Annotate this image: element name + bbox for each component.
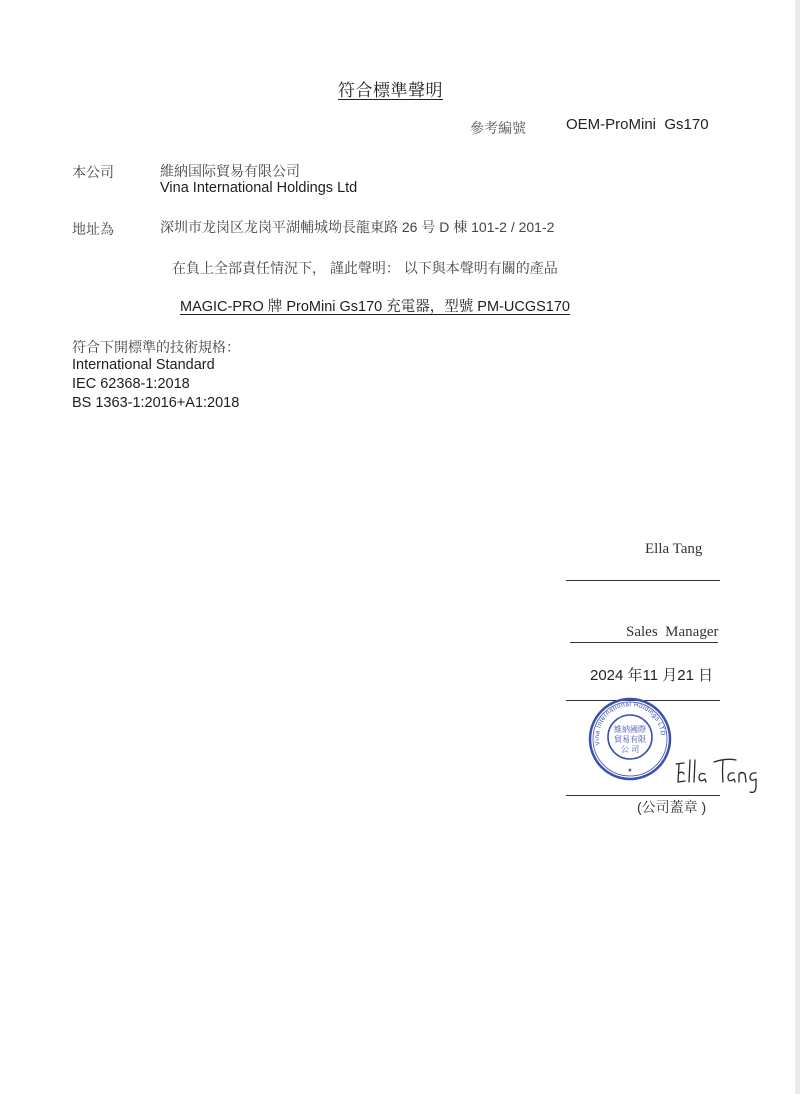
- svg-text:★: ★: [627, 767, 632, 774]
- standard-item: IEC 62368-1:2018: [72, 376, 190, 392]
- company-name-en: Vina International Holdings Ltd: [160, 180, 357, 196]
- signature-line: [566, 580, 720, 581]
- signature-date: 2024 年11 月21 日: [590, 664, 713, 685]
- document-title: 符合標準聲明: [338, 76, 443, 101]
- standard-item: BS 1363-1:2016+A1:2018: [72, 395, 239, 411]
- reference-label: 參考編號: [470, 118, 526, 138]
- svg-text:公 司: 公 司: [621, 745, 640, 754]
- handwritten-signature-icon: [670, 752, 766, 798]
- declaration-text: 在負上全部責任情況下， 謹此聲明： 以下與本聲明有關的產品: [172, 258, 558, 278]
- page-edge: [795, 0, 800, 1094]
- signatory-title: Sales Manager: [570, 624, 718, 643]
- svg-text:維納國際: 維納國際: [614, 724, 646, 734]
- standards-intro: 符合下開標準的技術規格：: [72, 337, 240, 357]
- address-label: 地址為: [72, 219, 114, 239]
- product-line: MAGIC-PRO 牌 ProMini Gs170 充電器，型號 PM-UCGS…: [180, 295, 570, 316]
- company-name-cn: 維納国际貿易有限公司: [160, 161, 300, 181]
- company-label: 本公司: [72, 162, 114, 182]
- signatory-name: Ella Tang: [645, 541, 702, 558]
- standard-item: International Standard: [72, 357, 215, 373]
- address-value: 深圳市龙岗区龙岗平湖輔城坳長龍東路 26 号 D 棟 101-2 / 201-2: [160, 217, 554, 237]
- seal-line: [566, 795, 720, 796]
- company-stamp-icon: Vina International Holdings LTD 維納國際 貿易有…: [588, 697, 672, 781]
- company-seal-label: (公司蓋章 ): [637, 797, 706, 817]
- svg-text:貿易有限: 貿易有限: [614, 734, 646, 744]
- reference-number: OEM-ProMini Gs170: [566, 116, 709, 133]
